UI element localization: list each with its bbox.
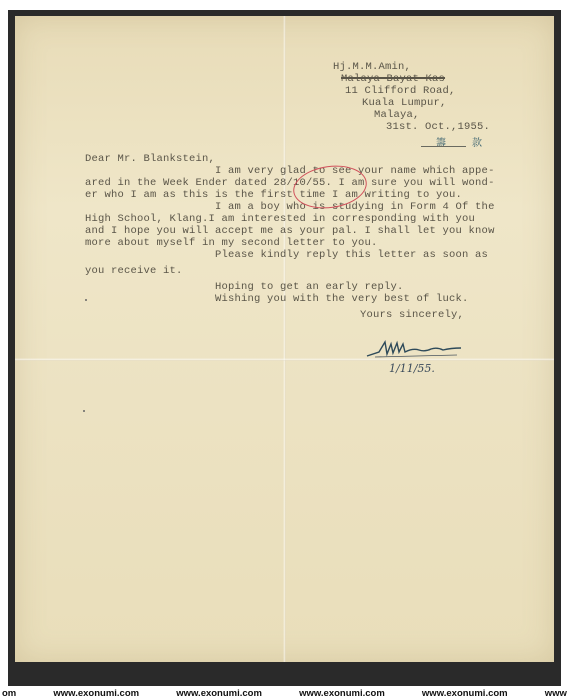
body-line: I am very glad to see your name which ap… — [85, 165, 495, 177]
body-line: High School, Klang.I am interested in co… — [85, 213, 475, 225]
watermark-text: www.exonumi.com — [297, 688, 387, 700]
body-line: and I hope you will accept me as your pa… — [85, 225, 495, 237]
stamp-underline — [421, 146, 466, 147]
watermark-text: www.exonumi.com — [174, 688, 264, 700]
body-line: I am a boy who is studying in Form 4 Of … — [85, 201, 495, 213]
closing: Yours sincerely, — [360, 309, 464, 321]
watermark-text: www — [543, 688, 569, 700]
ink-speck — [83, 410, 85, 412]
address-line-1: 11 Clifford Road, — [345, 85, 456, 97]
watermark-footer: om www.exonumi.com www.exonumi.com www.e… — [0, 688, 569, 700]
chop-stamp-char-2: 款 — [472, 134, 482, 149]
watermark-text: om — [0, 688, 18, 700]
vertical-fold-crease — [283, 16, 286, 662]
ink-speck — [85, 299, 87, 301]
salutation: Dear Mr. Blankstein, — [85, 153, 215, 165]
body-line: Wishing you with the very best of luck. — [85, 293, 469, 305]
body-line: Please kindly reply this letter as soon … — [85, 249, 488, 261]
struck-out-line: Malaya Bayat Kas — [341, 73, 445, 85]
watermark-text: www.exonumi.com — [420, 688, 510, 700]
body-line: er who I am as this is the first time I … — [85, 189, 462, 201]
sender-name: Hj.M.M.Amin, — [333, 61, 411, 73]
letter-date: 31st. Oct.,1955. — [386, 121, 490, 133]
body-line: Hoping to get an early reply. — [85, 281, 404, 293]
signature — [365, 338, 465, 360]
address-line-2: Kuala Lumpur, — [362, 97, 447, 109]
body-line: you receive it. — [85, 265, 183, 277]
watermark-text: www.exonumi.com — [51, 688, 141, 700]
body-line: ared in the Week Ender dated 28/10/55. I… — [85, 177, 495, 189]
address-line-3: Malaya, — [374, 109, 420, 121]
horizontal-fold-crease — [15, 358, 554, 361]
handwritten-date: 1/11/55. — [389, 362, 435, 375]
body-line: more about myself in my second letter to… — [85, 237, 378, 249]
letter-paper: Hj.M.M.Amin, Malaya Bayat Kas 11 Cliffor… — [15, 16, 554, 662]
